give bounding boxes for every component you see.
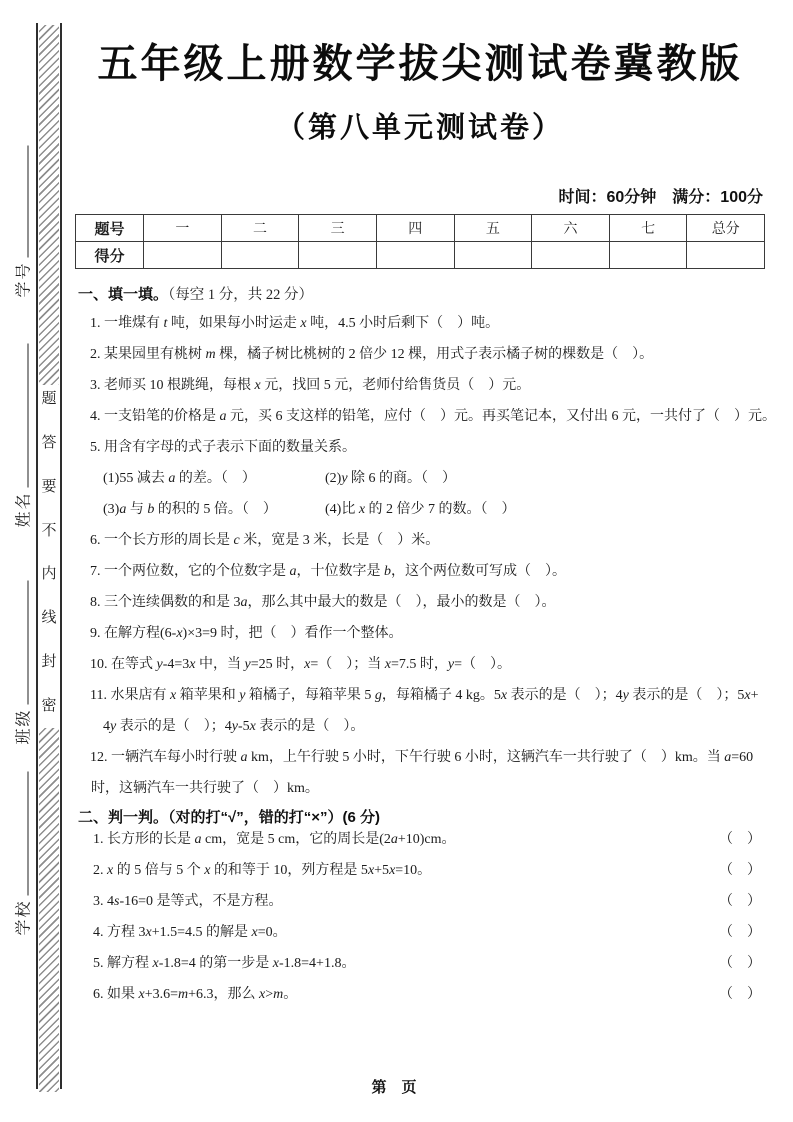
fill-question: 9. 在解方程(6-x)×3=9 时，把（ ）看作一个整体。 (75, 618, 765, 649)
seal-line-char: 密 (41, 699, 56, 714)
score-table: 题号一二三四五六七总分 得分 (75, 214, 765, 269)
score-table-label-cell: 题号 (76, 215, 144, 242)
score-empty-cell (454, 242, 532, 269)
school-label: 学校 (11, 899, 34, 935)
score-table-header-cell: 二 (221, 215, 299, 242)
score-empty-cell (376, 242, 454, 269)
judge-answer-blank: （ ） (719, 824, 761, 855)
seal-hatch-bottom (39, 728, 59, 1092)
score-row-label-cell: 得分 (76, 242, 144, 269)
fill-question: 12. 一辆汽车每小时行驶 a km，上午行驶 5 小时，下午行驶 6 小时，这… (75, 742, 765, 773)
score-empty-cell (144, 242, 222, 269)
judge-item-text: 5. 解方程 x-1.8=4 的第一步是 x-1.8=4+1.8。 (93, 956, 355, 971)
page-footer: 第 页 (75, 1076, 765, 1097)
seal-line-char: 要 (41, 480, 56, 495)
seal-line-char: 题 (41, 392, 56, 407)
paper-content: 五年级上册数学拔尖测试卷冀教版 （第八单元测试卷） 时间：60分钟 满分：100… (75, 0, 765, 1122)
fill-question: 2. 某果园里有桃树 m 棵，橘子树比桃树的 2 倍少 12 棵，用式子表示橘子… (75, 339, 765, 370)
paper-title: 五年级上册数学拔尖测试卷冀教版 (75, 32, 765, 89)
judge-item: 5. 解方程 x-1.8=4 的第一步是 x-1.8=4+1.8。（ ） (75, 948, 765, 979)
section-two-items: 1. 长方形的长是 a cm，宽是 5 cm，它的周长是(2a+10)cm。（ … (75, 824, 765, 1010)
fill-question: 11. 水果店有 x 箱苹果和 y 箱橘子，每箱苹果 5 g，每箱橘子 4 kg… (75, 680, 765, 711)
score-empty-cell (221, 242, 299, 269)
section-one-questions: 1. 一堆煤有 t 吨，如果每小时运走 x 吨，4.5 小时后剩下（ ）吨。2.… (75, 308, 765, 804)
fill-sub-question-row: (3)a 与 b 的积的 5 倍。（ ）(4)比 x 的 2 倍少 7 的数。（… (75, 494, 765, 525)
fill-question-continuation: 4y 表示的是（ ）；4y-5x 表示的是（ ）。 (75, 711, 765, 742)
score-table-header-row: 题号一二三四五六七总分 (76, 215, 765, 242)
score-table-header-cell: 三 (299, 215, 377, 242)
class-label: 班级 (11, 708, 34, 744)
score-empty-cell (532, 242, 610, 269)
seal-line-char: 答 (41, 436, 56, 451)
judge-item-text: 4. 方程 3x+1.5=4.5 的解是 x=0。 (93, 925, 287, 940)
judge-answer-blank: （ ） (719, 917, 761, 948)
score-table-header-cell: 四 (376, 215, 454, 242)
judge-item-text: 6. 如果 x+3.6=m+6.3，那么 x>m。 (93, 987, 297, 1002)
fill-sub-question: (4)比 x 的 2 倍少 7 的数。（ ） (325, 494, 516, 525)
seal-line-char: 封 (41, 655, 56, 670)
student-name-blank (12, 343, 29, 487)
judge-item: 1. 长方形的长是 a cm，宽是 5 cm，它的周长是(2a+10)cm。（ … (75, 824, 765, 855)
fill-question: 3. 老师买 10 根跳绳，每根 x 元，找回 5 元，老师付给售货员（ ）元。 (75, 370, 765, 401)
score-table-header-cell: 总分 (687, 215, 765, 242)
seal-hatch-top (39, 25, 59, 385)
student-name-field: 姓名 (11, 336, 34, 528)
judge-answer-blank: （ ） (719, 855, 761, 886)
judge-item: 6. 如果 x+3.6=m+6.3，那么 x>m。（ ） (75, 979, 765, 1010)
fill-question: 4. 一支铅笔的价格是 a 元，买 6 支这样的铅笔，应付（ ）元。再买笔记本，… (75, 401, 765, 432)
judge-answer-blank: （ ） (719, 948, 761, 979)
judge-answer-blank: （ ） (719, 886, 761, 917)
section-one-note: （每空 1 分，共 22 分） (168, 287, 313, 303)
class-field: 班级 (11, 573, 34, 745)
judge-item-text: 2. x 的 5 倍与 5 个 x 的和等于 10，列方程是 5x+5x=10。 (93, 863, 431, 878)
fill-question-continuation: 时，这辆汽车一共行驶了（ ）km。 (75, 773, 765, 804)
student-id-blank (12, 145, 29, 257)
seal-line-char: 内 (41, 567, 56, 582)
fill-question: 7. 一个两位数，它的个位数字是 a，十位数字是 b，这个两位数可写成（ ）。 (75, 556, 765, 587)
fill-question: 5. 用含有字母的式子表示下面的数量关系。 (75, 432, 765, 463)
seal-line-text: 题答要不内线封密 (36, 392, 62, 714)
fill-sub-question-row: (1)55 减去 a 的差。（ ）(2)y 除 6 的商。（ ） (75, 463, 765, 494)
section-one-title: 一、填一填。 (78, 286, 168, 303)
judge-item: 3. 4s-16=0 是等式，不是方程。（ ） (75, 886, 765, 917)
student-id-label: 学号 (11, 261, 34, 297)
score-table-header-cell: 六 (532, 215, 610, 242)
score-table-header-cell: 七 (609, 215, 687, 242)
school-blank (12, 771, 29, 895)
seal-line-char: 线 (41, 611, 56, 626)
section-one-heading: 一、填一填。（每空 1 分，共 22 分） (75, 283, 765, 304)
student-name-label: 姓名 (11, 491, 34, 527)
score-table-score-row: 得分 (76, 242, 765, 269)
paper-subtitle: （第八单元测试卷） (75, 105, 765, 146)
fill-sub-question: (2)y 除 6 的商。（ ） (325, 463, 456, 494)
fill-question: 10. 在等式 y-4=3x 中，当 y=25 时，x=（ ）；当 x=7.5 … (75, 649, 765, 680)
judge-item: 4. 方程 3x+1.5=4.5 的解是 x=0。（ ） (75, 917, 765, 948)
fill-question: 8. 三个连续偶数的和是 3a，那么其中最大的数是（ ），最小的数是（ ）。 (75, 587, 765, 618)
judge-item-text: 1. 长方形的长是 a cm，宽是 5 cm，它的周长是(2a+10)cm。 (93, 832, 456, 847)
fill-sub-question: (3)a 与 b 的积的 5 倍。（ ） (103, 494, 277, 525)
student-id-field: 学号 (11, 138, 34, 298)
score-table-header-cell: 一 (144, 215, 222, 242)
score-empty-cell (687, 242, 765, 269)
score-empty-cell (609, 242, 687, 269)
score-empty-cell (299, 242, 377, 269)
fill-question: 1. 一堆煤有 t 吨，如果每小时运走 x 吨，4.5 小时后剩下（ ）吨。 (75, 308, 765, 339)
time-fullscore-info: 时间：60分钟 满分：100分 (559, 184, 764, 207)
judge-item: 2. x 的 5 倍与 5 个 x 的和等于 10，列方程是 5x+5x=10。… (75, 855, 765, 886)
fill-question: 6. 一个长方形的周长是 c 米，宽是 3 米，长是（ ）米。 (75, 525, 765, 556)
school-field: 学校 (11, 764, 34, 936)
judge-item-text: 3. 4s-16=0 是等式，不是方程。 (93, 894, 283, 909)
class-blank (12, 580, 29, 704)
judge-answer-blank: （ ） (719, 979, 761, 1010)
fill-sub-question: (1)55 减去 a 的差。（ ） (103, 463, 256, 494)
score-table-header-cell: 五 (454, 215, 532, 242)
seal-line-char: 不 (41, 524, 56, 539)
